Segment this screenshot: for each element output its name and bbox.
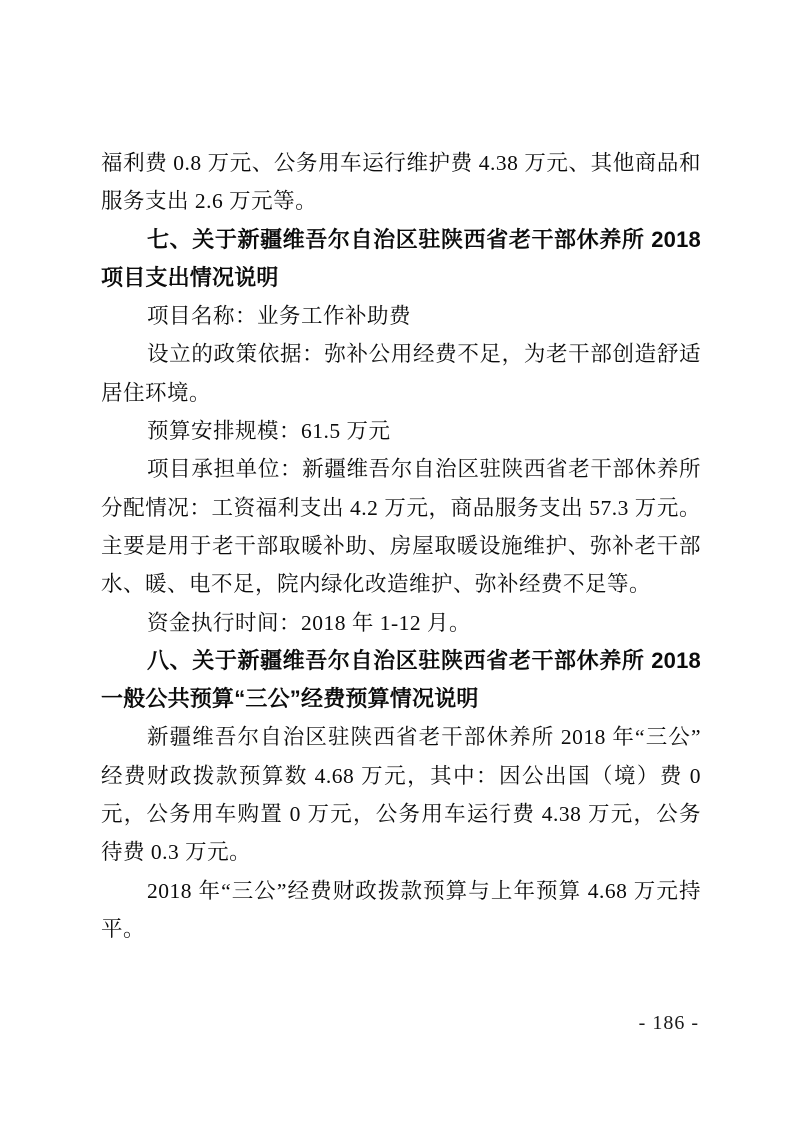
document-line-3: 七、关于新疆维吾尔自治区驻陕西省老干部休养所 2018 年 (101, 221, 701, 259)
document-line-5: 项目名称：业务工作补助费 (101, 297, 701, 335)
document-line-15: 一般公共预算“三公”经费预算情况说明 (101, 680, 701, 718)
document-line-10: 分配情况：工资福利支出 4.2 万元，商品服务支出 57.3 万元。 (101, 489, 701, 527)
document-page: 福利费 0.8 万元、公务用车运行维护费 4.38 万元、其他商品和服务支出 2… (0, 0, 793, 1122)
page-number: - 186 - (639, 1012, 699, 1035)
document-line-1: 福利费 0.8 万元、公务用车运行维护费 4.38 万元、其他商品和 (101, 144, 701, 182)
document-line-8: 预算安排规模：61.5 万元 (101, 412, 701, 450)
document-line-9: 项目承担单位：新疆维吾尔自治区驻陕西省老干部休养所资金 (101, 450, 701, 488)
document-line-19: 待费 0.3 万元。 (101, 833, 701, 871)
document-line-20: 2018 年“三公”经费财政拨款预算与上年预算 4.68 万元持 (101, 872, 701, 910)
document-line-16: 新疆维吾尔自治区驻陕西省老干部休养所 2018 年“三公” (101, 718, 701, 756)
document-text-block: 福利费 0.8 万元、公务用车运行维护费 4.38 万元、其他商品和服务支出 2… (101, 144, 701, 948)
document-line-12: 水、暖、电不足，院内绿化改造维护、弥补经费不足等。 (101, 565, 701, 603)
document-line-7: 居住环境。 (101, 374, 701, 412)
document-line-13: 资金执行时间：2018 年 1-12 月。 (101, 604, 701, 642)
document-line-21: 平。 (101, 910, 701, 948)
document-line-14: 八、关于新疆维吾尔自治区驻陕西省老干部休养所 2018 年 (101, 642, 701, 680)
document-line-17: 经费财政拨款预算数 4.68 万元，其中：因公出国（境）费 0 万 (101, 757, 701, 795)
document-line-11: 主要是用于老干部取暖补助、房屋取暖设施维护、弥补老干部用 (101, 527, 701, 565)
document-line-4: 项目支出情况说明 (101, 259, 701, 297)
document-line-6: 设立的政策依据：弥补公用经费不足，为老干部创造舒适的 (101, 335, 701, 373)
document-line-2: 服务支出 2.6 万元等。 (101, 182, 701, 220)
document-line-18: 元，公务用车购置 0 万元，公务用车运行费 4.38 万元，公务接 (101, 795, 701, 833)
